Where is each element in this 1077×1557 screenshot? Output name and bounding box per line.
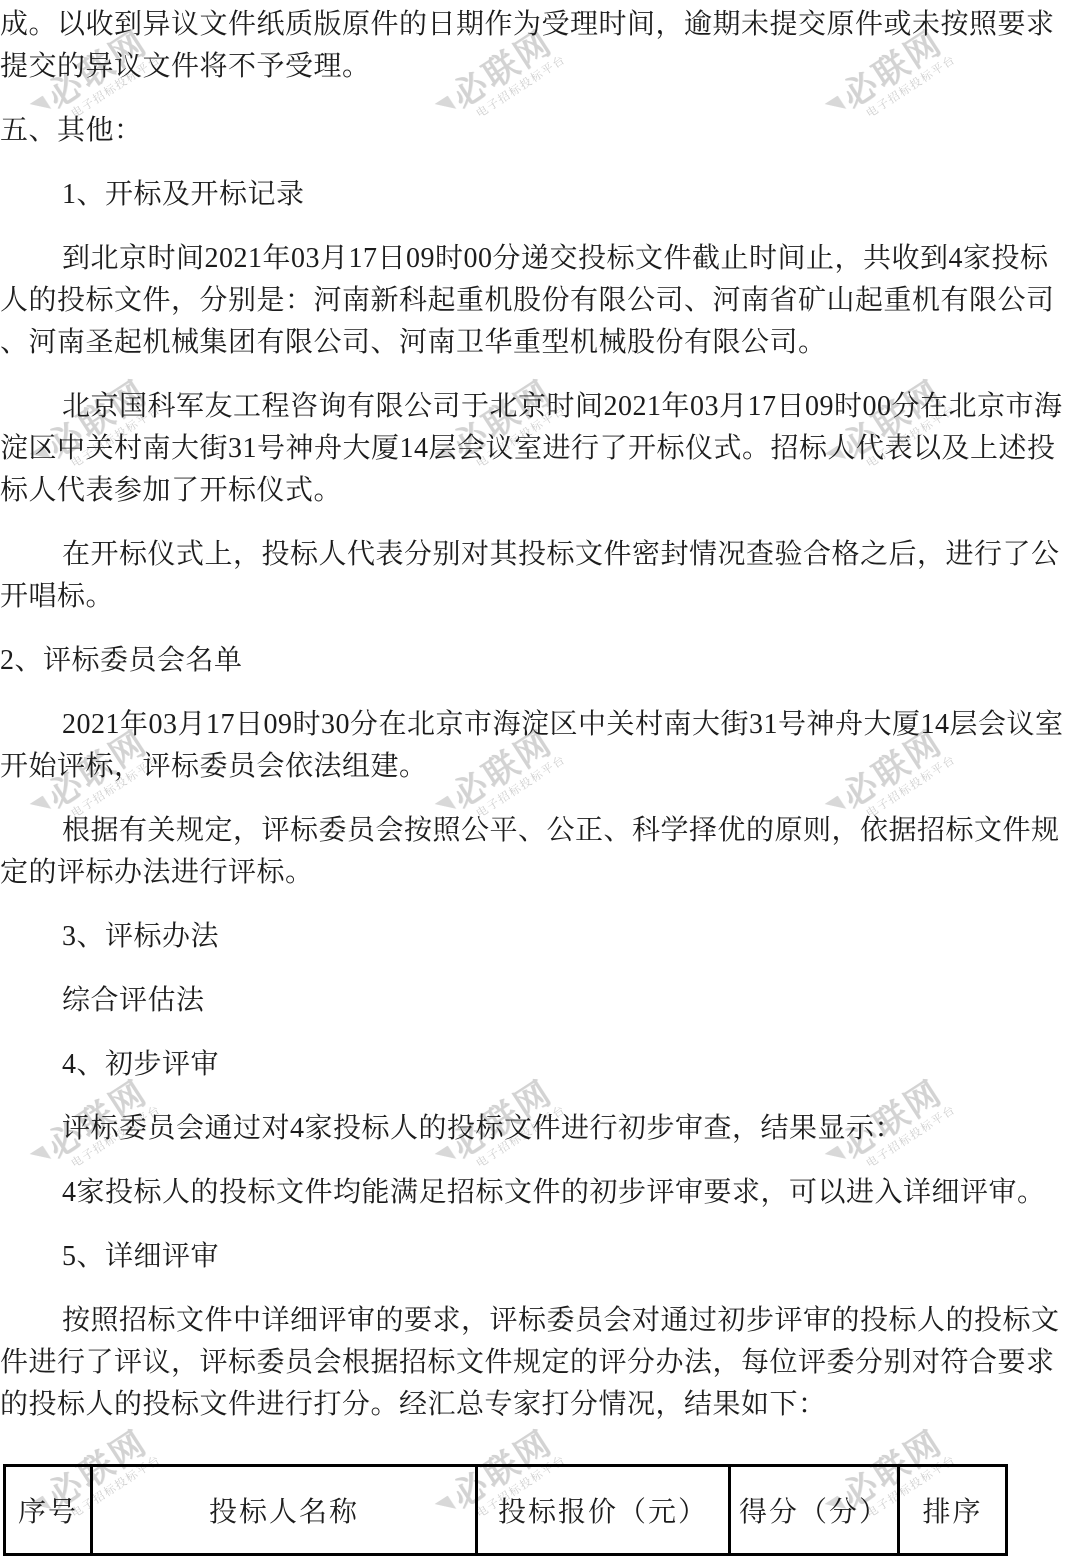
text-line: 3、评标办法 — [0, 916, 1077, 958]
text-line: 按照招标文件中详细评审的要求，评标委员会对通过初步评审的投标人的投标文 — [0, 1300, 1077, 1342]
text-line: 、河南圣起机械集团有限公司、河南卫华重型机械股份有限公司。 — [0, 322, 1077, 364]
text-line: 开始评标，评标委员会依法组建。 — [0, 746, 1077, 788]
text-line: 定的评标办法进行评标。 — [0, 852, 1077, 894]
text-line: 在开标仪式上，投标人代表分别对其投标文件密封情况查验合格之后，进行了公 — [0, 534, 1077, 576]
table-header-cell: 投标人名称 — [90, 1467, 475, 1553]
text-line: 2021年03月17日09时30分在北京市海淀区中关村南大街31号神舟大厦14层… — [0, 704, 1077, 746]
text-line: 5、详细评审 — [0, 1236, 1077, 1278]
text-line: 根据有关规定，评标委员会按照公平、公正、科学择优的原则，依据招标文件规 — [0, 810, 1077, 852]
text-line: 淀区中关村南大街31号神舟大厦14层会议室进行了开标仪式。招标人代表以及上述投 — [0, 428, 1077, 470]
table-header-cell: 排序 — [897, 1467, 1005, 1553]
table-header-cell: 得分（分） — [728, 1467, 897, 1553]
text-line: 综合评估法 — [0, 980, 1077, 1022]
text-line: 4、初步评审 — [0, 1044, 1077, 1086]
document-page: ◥必联网电子招标投标平台◥必联网电子招标投标平台◥必联网电子招标投标平台◥必联网… — [0, 0, 1077, 1557]
text-line: 1、开标及开标记录 — [0, 174, 1077, 216]
text-line: 件进行了评议，评标委员会根据招标文件规定的评分办法，每位评委分别对符合要求 — [0, 1342, 1077, 1384]
text-line: 评标委员会通过对4家投标人的投标文件进行初步审查，结果显示： — [0, 1108, 1077, 1150]
text-line: 4家投标人的投标文件均能满足招标文件的初步评审要求，可以进入详细评审。 — [0, 1172, 1077, 1214]
text-line: 标人代表参加了开标仪式。 — [0, 470, 1077, 512]
text-line: 人的投标文件，分别是：河南新科起重机股份有限公司、河南省矿山起重机有限公司 — [0, 280, 1077, 322]
text-line: 北京国科军友工程咨询有限公司于北京时间2021年03月17日09时00分在北京市… — [0, 386, 1077, 428]
text-line: 五、其他： — [0, 110, 1077, 152]
text-line: 开唱标。 — [0, 576, 1077, 618]
bid-result-table: 序号投标人名称投标报价（元）得分（分）排序 — [3, 1464, 1008, 1556]
text-line: 的投标人的投标文件进行打分。经汇总专家打分情况，结果如下： — [0, 1384, 1077, 1426]
text-line: 2、评标委员会名单 — [0, 640, 1077, 682]
text-line: 提交的异议文件将不予受理。 — [0, 46, 1077, 88]
table-header-cell: 序号 — [6, 1467, 90, 1553]
text-line: 到北京时间2021年03月17日09时00分递交投标文件截止时间止，共收到4家投… — [0, 238, 1077, 280]
text-line: 成。以收到异议文件纸质版原件的日期作为受理时间，逾期未提交原件或未按照要求 — [0, 4, 1077, 46]
document-body: 成。以收到异议文件纸质版原件的日期作为受理时间，逾期未提交原件或未按照要求提交的… — [0, 0, 1077, 1426]
table-header-cell: 投标报价（元） — [475, 1467, 728, 1553]
